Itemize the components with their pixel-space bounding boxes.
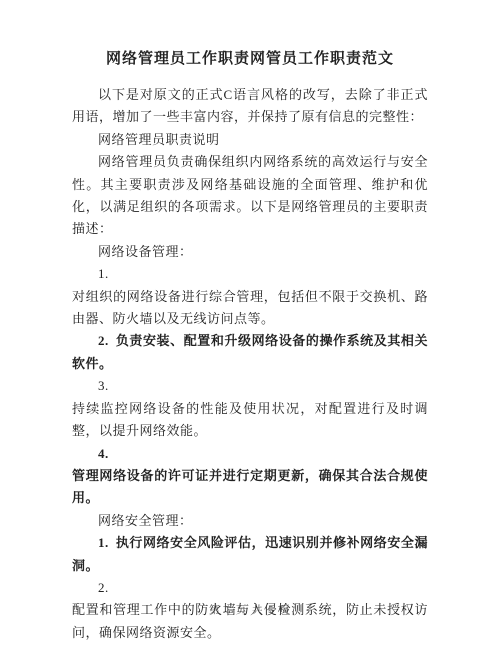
document-page: 网络管理员工作职责网管员工作职责范文 以下是对原文的正式C语言风格的改写，去除了… [0,0,500,647]
security-list-item-1: 1. 执行网络安全风险评估，迅速识别并修补网络安全漏洞。 [72,532,428,577]
page-number-footer: 第 1 页 共 5 页 [0,603,500,618]
document-title: 网络管理员工作职责网管员工作职责范文 [72,46,428,73]
list-number-3: 3. [72,375,428,397]
security-list-number-2: 2. [72,577,428,599]
list-item-2: 2. 负责安装、配置和升级网络设备的操作系统及其相关软件。 [72,330,428,375]
paragraph-security-mgmt-heading: 网络安全管理： [72,510,428,532]
paragraph-overview: 网络管理员负责确保组织内网络系统的高效运行与安全性。其主要职责涉及网络基础设施的… [72,151,428,241]
paragraph-section-heading: 网络管理员职责说明 [72,129,428,151]
list-number-1: 1. [72,263,428,285]
list-item-3-body: 持续监控网络设备的性能及使用状况，对配置进行及时调整，以提升网络效能。 [72,398,428,443]
paragraph-device-mgmt-heading: 网络设备管理： [72,241,428,263]
list-item-4-body: 管理网络设备的许可证并进行定期更新，确保其合法合规使用。 [72,465,428,510]
list-item-1-body: 对组织的网络设备进行综合管理，包括但不限于交换机、路由器、防火墙以及无线访问点等… [72,286,428,331]
document-body: 网络管理员工作职责网管员工作职责范文 以下是对原文的正式C语言风格的改写，去除了… [0,0,500,644]
paragraph-intro: 以下是对原文的正式C语言风格的改写，去除了非正式用语，增加了一些丰富内容，并保持… [72,84,428,129]
list-number-4: 4. [72,443,428,465]
